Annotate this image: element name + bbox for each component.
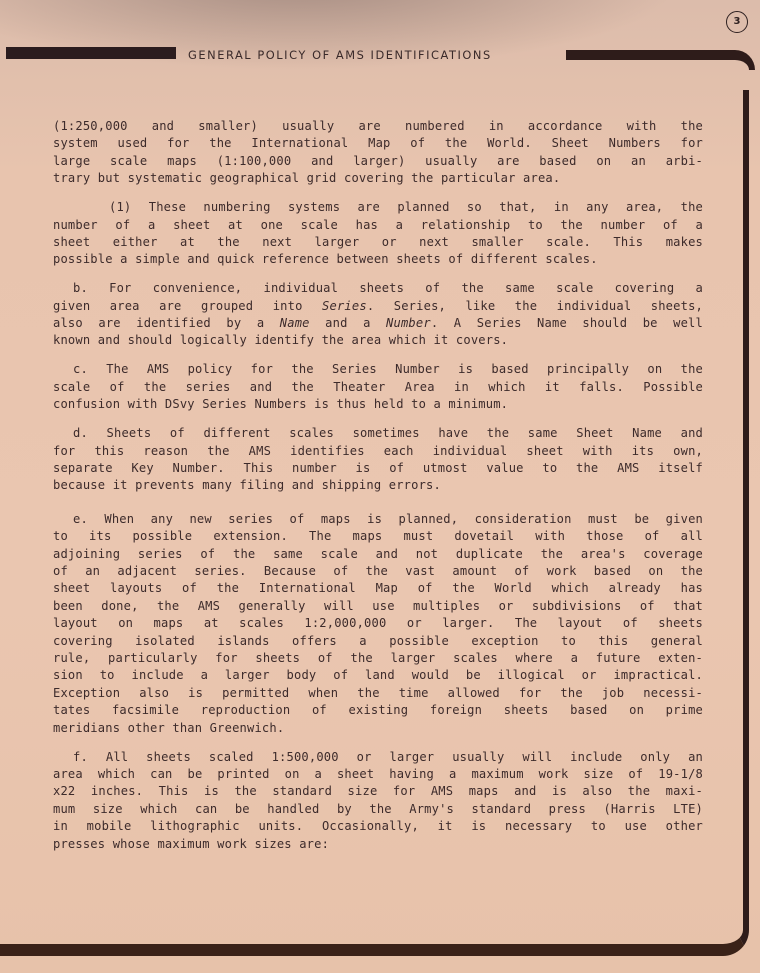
text-line: for this reason the AMS identifies each … (53, 443, 703, 460)
paragraph-intro-continued: (1:250,000 and smaller) usually are numb… (53, 118, 703, 188)
text-line: also are identified by a Name and a Numb… (53, 315, 703, 332)
text-line: Exception also is permitted when the tim… (53, 685, 703, 702)
text-line: presses whose maximum work sizes are: (53, 836, 703, 853)
text-line: scale of the series and the Theater Area… (53, 379, 703, 396)
page-number: 3 (726, 11, 748, 33)
text-line: number of a sheet at one scale has a rel… (53, 217, 703, 234)
text-line: because it prevents many filing and ship… (53, 477, 703, 494)
paragraph-c-series-number: c. The AMS policy for the Series Number … (53, 361, 703, 413)
text-line: in mobile lithographic units. Occasional… (53, 818, 703, 835)
text-line: known and should logically identify the … (53, 332, 703, 349)
frame-top-right-rule (566, 50, 755, 70)
text-line: sion to include a larger body of land wo… (53, 667, 703, 684)
text-line: meridians other than Greenwich. (53, 720, 703, 737)
text-line: rule, particularly for sheets of the lar… (53, 650, 703, 667)
text-line: b. For convenience, individual sheets of… (53, 280, 703, 297)
text-line: layout on maps at scales 1:2,000,000 or … (53, 615, 703, 632)
text-line: adjoining series of the same scale and n… (53, 546, 703, 563)
paragraph-b-series: b. For convenience, individual sheets of… (53, 280, 703, 350)
header-rule-left (6, 47, 176, 59)
page-header-title: GENERAL POLICY OF AMS IDENTIFICATIONS (188, 48, 492, 62)
text-line: sheet layouts of the International Map o… (53, 580, 703, 597)
text-line: d. Sheets of different scales sometimes … (53, 425, 703, 442)
text-line: of an adjacent series. Because of the va… (53, 563, 703, 580)
paragraph-f-sheet-size: f. All sheets scaled 1:500,000 or larger… (53, 749, 703, 853)
paragraph-e-new-series: e. When any new series of maps is planne… (53, 511, 703, 737)
text-line: f. All sheets scaled 1:500,000 or larger… (53, 749, 703, 766)
paragraph-d-key-number: d. Sheets of different scales sometimes … (53, 425, 703, 495)
text-line: been done, the AMS generally will use mu… (53, 598, 703, 615)
text-line: e. When any new series of maps is planne… (53, 511, 703, 528)
text-line: tates facsimile reproduction of existing… (53, 702, 703, 719)
text-line: given area are grouped into Series. Seri… (53, 298, 703, 315)
text-line: covering isolated islands offers a possi… (53, 633, 703, 650)
text-line: x22 inches. This is the standard size fo… (53, 783, 703, 800)
frame-bottom-rule (0, 904, 749, 956)
text-line: to its possible extension. The maps must… (53, 528, 703, 545)
text-line: c. The AMS policy for the Series Number … (53, 361, 703, 378)
paragraph-numbering-systems: (1) These numbering systems are planned … (53, 199, 703, 269)
text-line: sheet either at the next larger or next … (53, 234, 703, 251)
text-line: mum size which can be handled by the Arm… (53, 801, 703, 818)
text-line: trary but systematic geographical grid c… (53, 170, 703, 187)
text-line: separate Key Number. This number is of u… (53, 460, 703, 477)
text-line: (1:250,000 and smaller) usually are numb… (53, 118, 703, 135)
text-line: system used for the International Map of… (53, 135, 703, 152)
document-body: (1:250,000 and smaller) usually are numb… (53, 118, 703, 864)
text-line: large scale maps (1:100,000 and larger) … (53, 153, 703, 170)
text-line: area which can be printed on a sheet hav… (53, 766, 703, 783)
text-line: confusion with DSvy Series Numbers is th… (53, 396, 703, 413)
frame-right-rule (743, 90, 749, 910)
text-line: possible a simple and quick reference be… (53, 251, 703, 268)
text-line: (1) These numbering systems are planned … (53, 199, 703, 216)
